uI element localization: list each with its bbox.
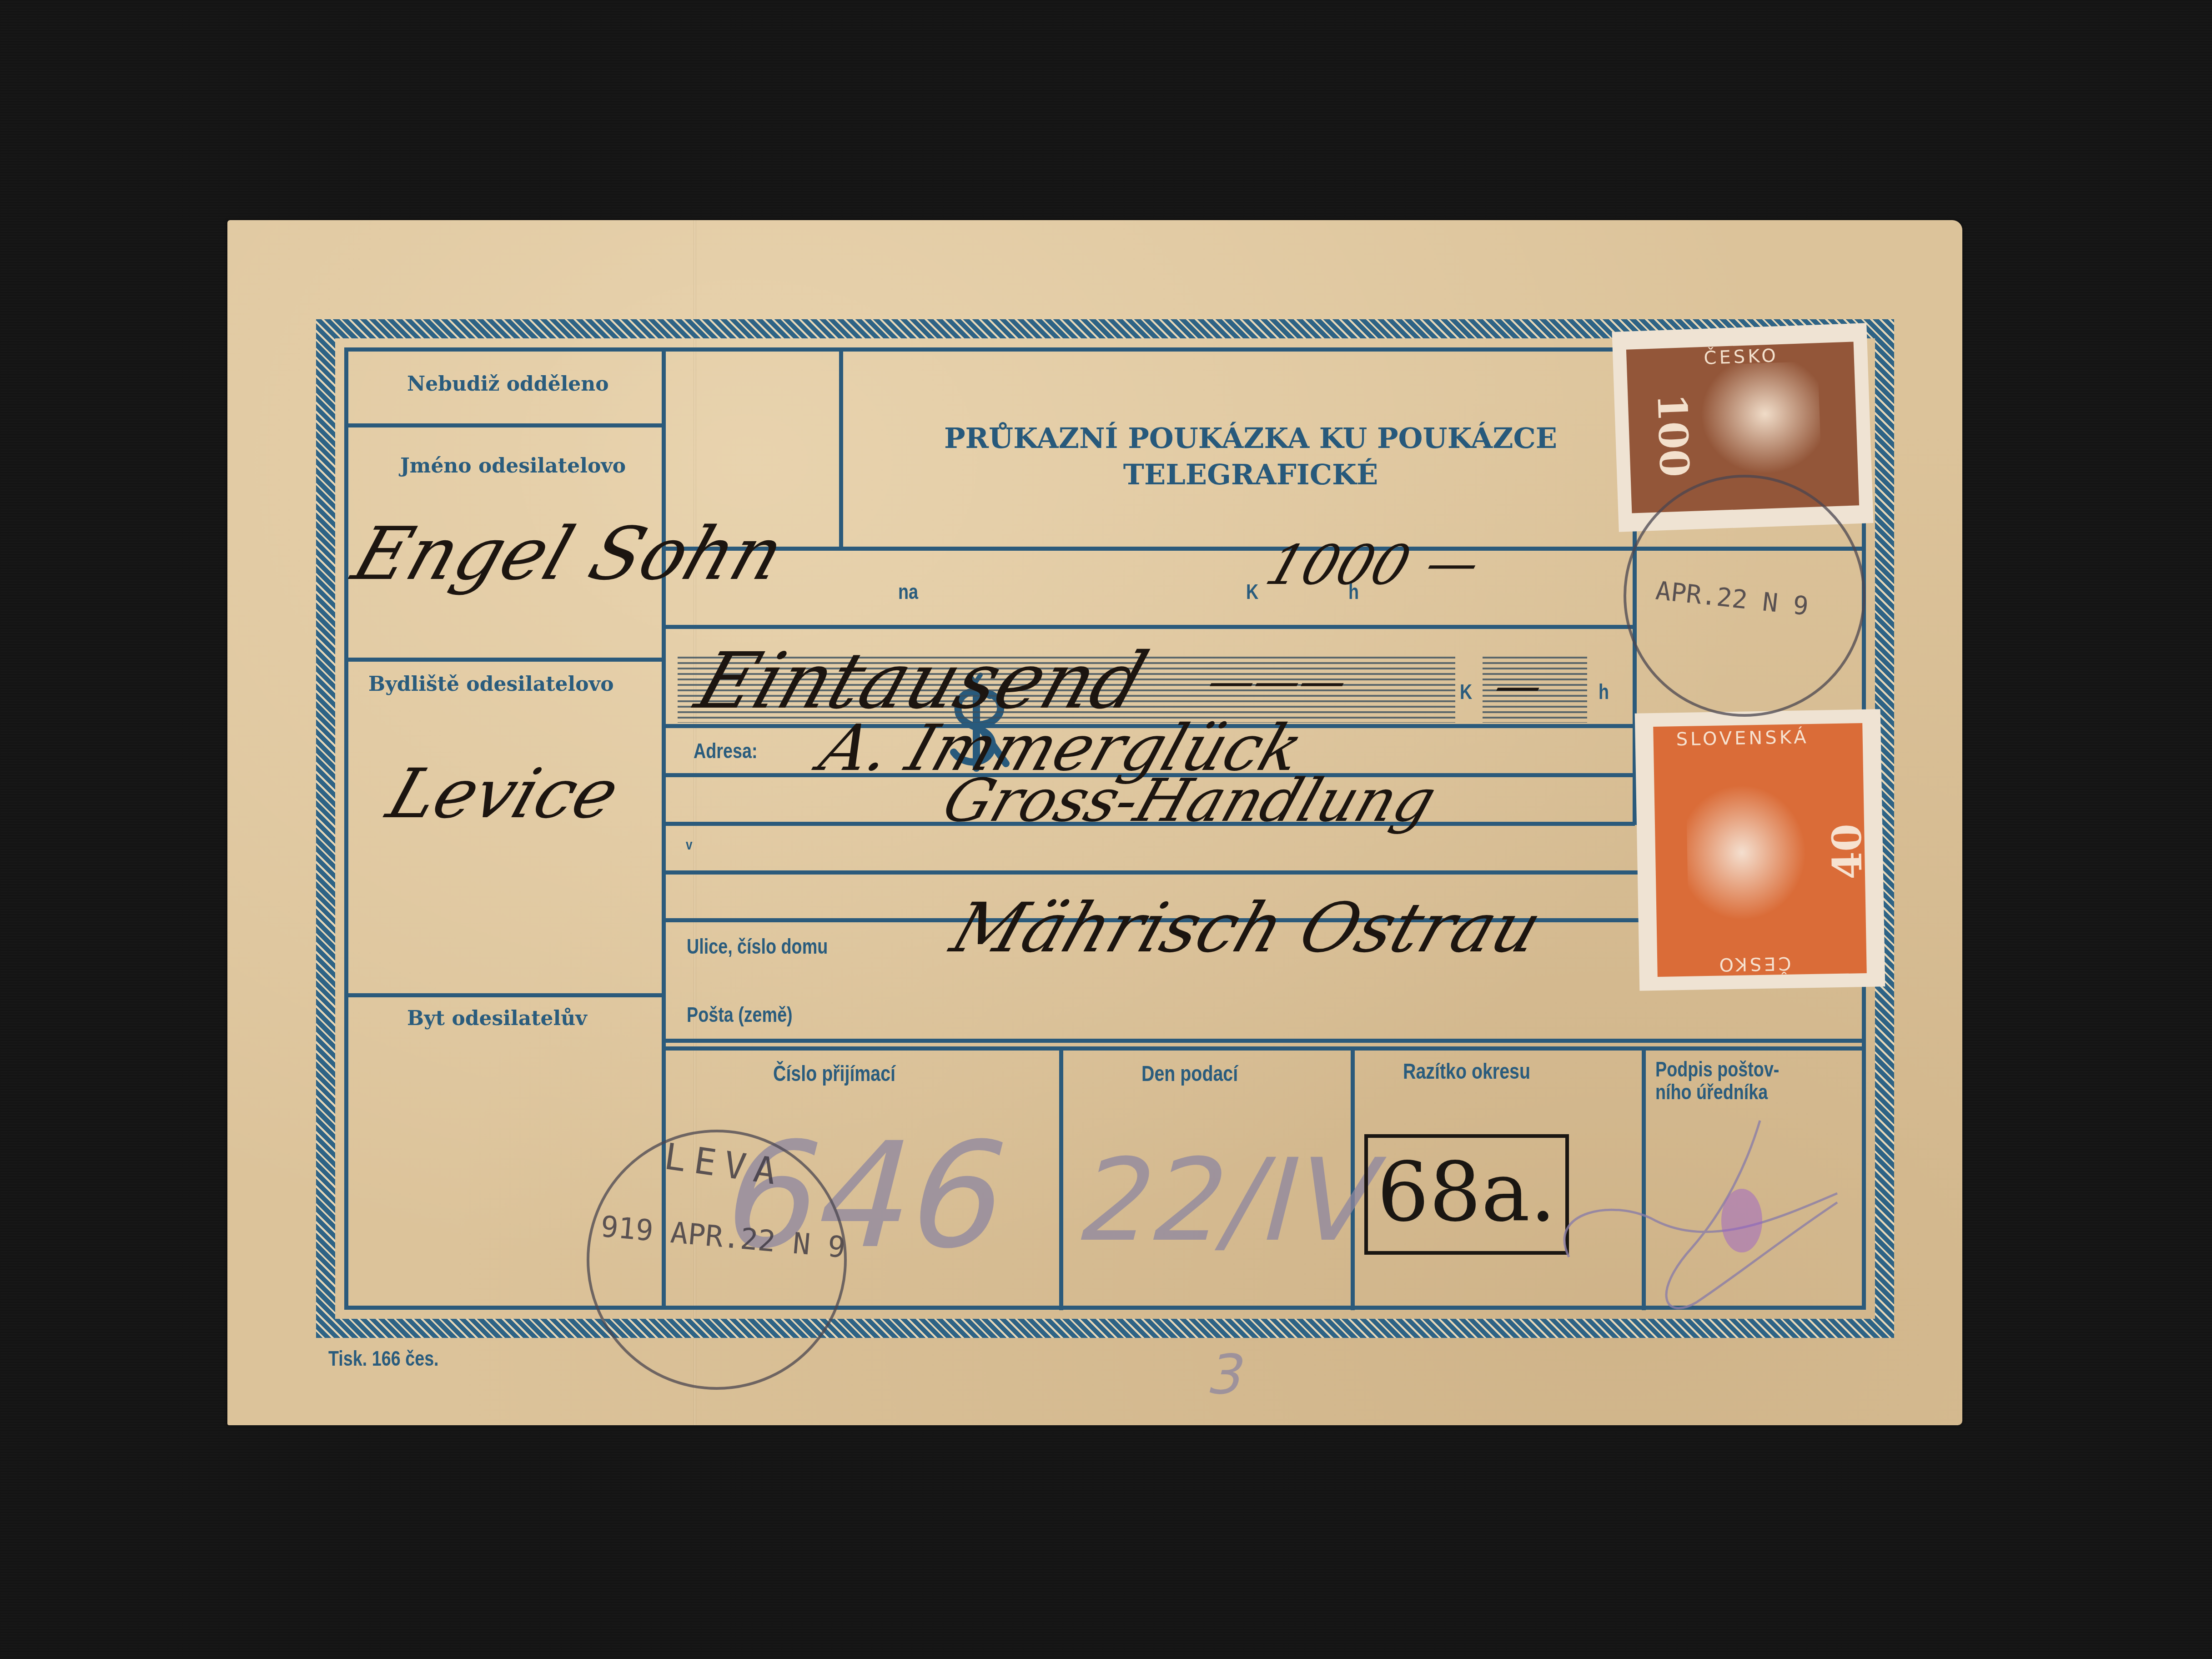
label-sender-residence: Bydliště odesilatelovo [368,673,613,696]
label-na: na [898,579,918,604]
left-row-line [344,993,663,997]
sender-name-handwriting: Engel Sohn [343,511,794,596]
amount-words-dash: ——— [1201,654,1355,708]
stamp-40-value: 40 [1823,824,1871,880]
address-line2-handwriting: Gross-Handlung [935,766,1444,835]
label-k-currency: K [1246,579,1258,604]
submission-day-pencil: 22/IV [1066,1134,1393,1267]
bottom-row-top-line [662,1046,1862,1051]
official-signature-scribble [1546,1084,1865,1339]
label-address: Adresa: [694,739,757,763]
place-handwriting: Mährisch Ostrau [942,889,1551,968]
bottom-col-divider [1059,1046,1063,1310]
pencil-mark-3: 3 [1202,1343,1252,1407]
label-v: v [686,836,693,853]
label-receipt-number: Číslo přijímací [773,1061,895,1086]
label-sender-apartment: Byt odesilatelův [407,1007,587,1030]
amount-k-handwriting: 1000 [1258,534,1418,597]
label-official-signature-1: Podpis poštov- [1655,1057,1779,1081]
main-row-line [662,1039,1862,1043]
left-row-line [344,658,663,662]
main-row-line [662,625,1635,629]
telegraphic-money-order-card: Nebudiž odděleno Jméno odesilatelovo Byd… [227,220,1962,1425]
print-code: Tisk. 166 čes. [328,1346,439,1371]
district-stamp-value: 68a. [1377,1147,1556,1238]
form-title: PRŮKAZNÍ POUKÁZKA KU POUKÁZCE TELEGRAFIC… [869,420,1633,493]
postage-stamp-40: SLOVENSKÁ ČESKO 40 [1635,709,1885,990]
district-box-stamp: 68a. [1364,1134,1569,1255]
label-not-separate: Nebudiž odděleno [407,372,609,396]
label-words-h: h [1599,679,1609,704]
label-post: Pošta (země) [687,1002,793,1027]
stamp-40-country: SLOVENSKÁ [1676,727,1809,750]
label-words-k: K [1460,679,1472,704]
form-title-line1: PRŮKAZNÍ POUKÁZKA KU POUKÁZCE [869,420,1633,457]
label-submission-day: Den podací [1141,1061,1238,1086]
label-sender-name: Jméno odesilatelovo [400,454,626,478]
stamp-100-value: 100 [1648,393,1698,478]
label-district-stamp: Razítko okresu [1403,1059,1530,1084]
stamp-40-bottom: ČESKO [1716,953,1791,975]
label-h-currency: h [1348,579,1359,604]
form-title-line2: TELEGRAFICKÉ [869,457,1633,493]
sender-residence-handwriting: Levice [378,754,628,834]
left-row-line [344,423,663,427]
label-street: Ulice, číslo domu [687,934,828,959]
stamp-100-country: ČESKO [1704,345,1779,369]
logo-divider [839,347,843,548]
